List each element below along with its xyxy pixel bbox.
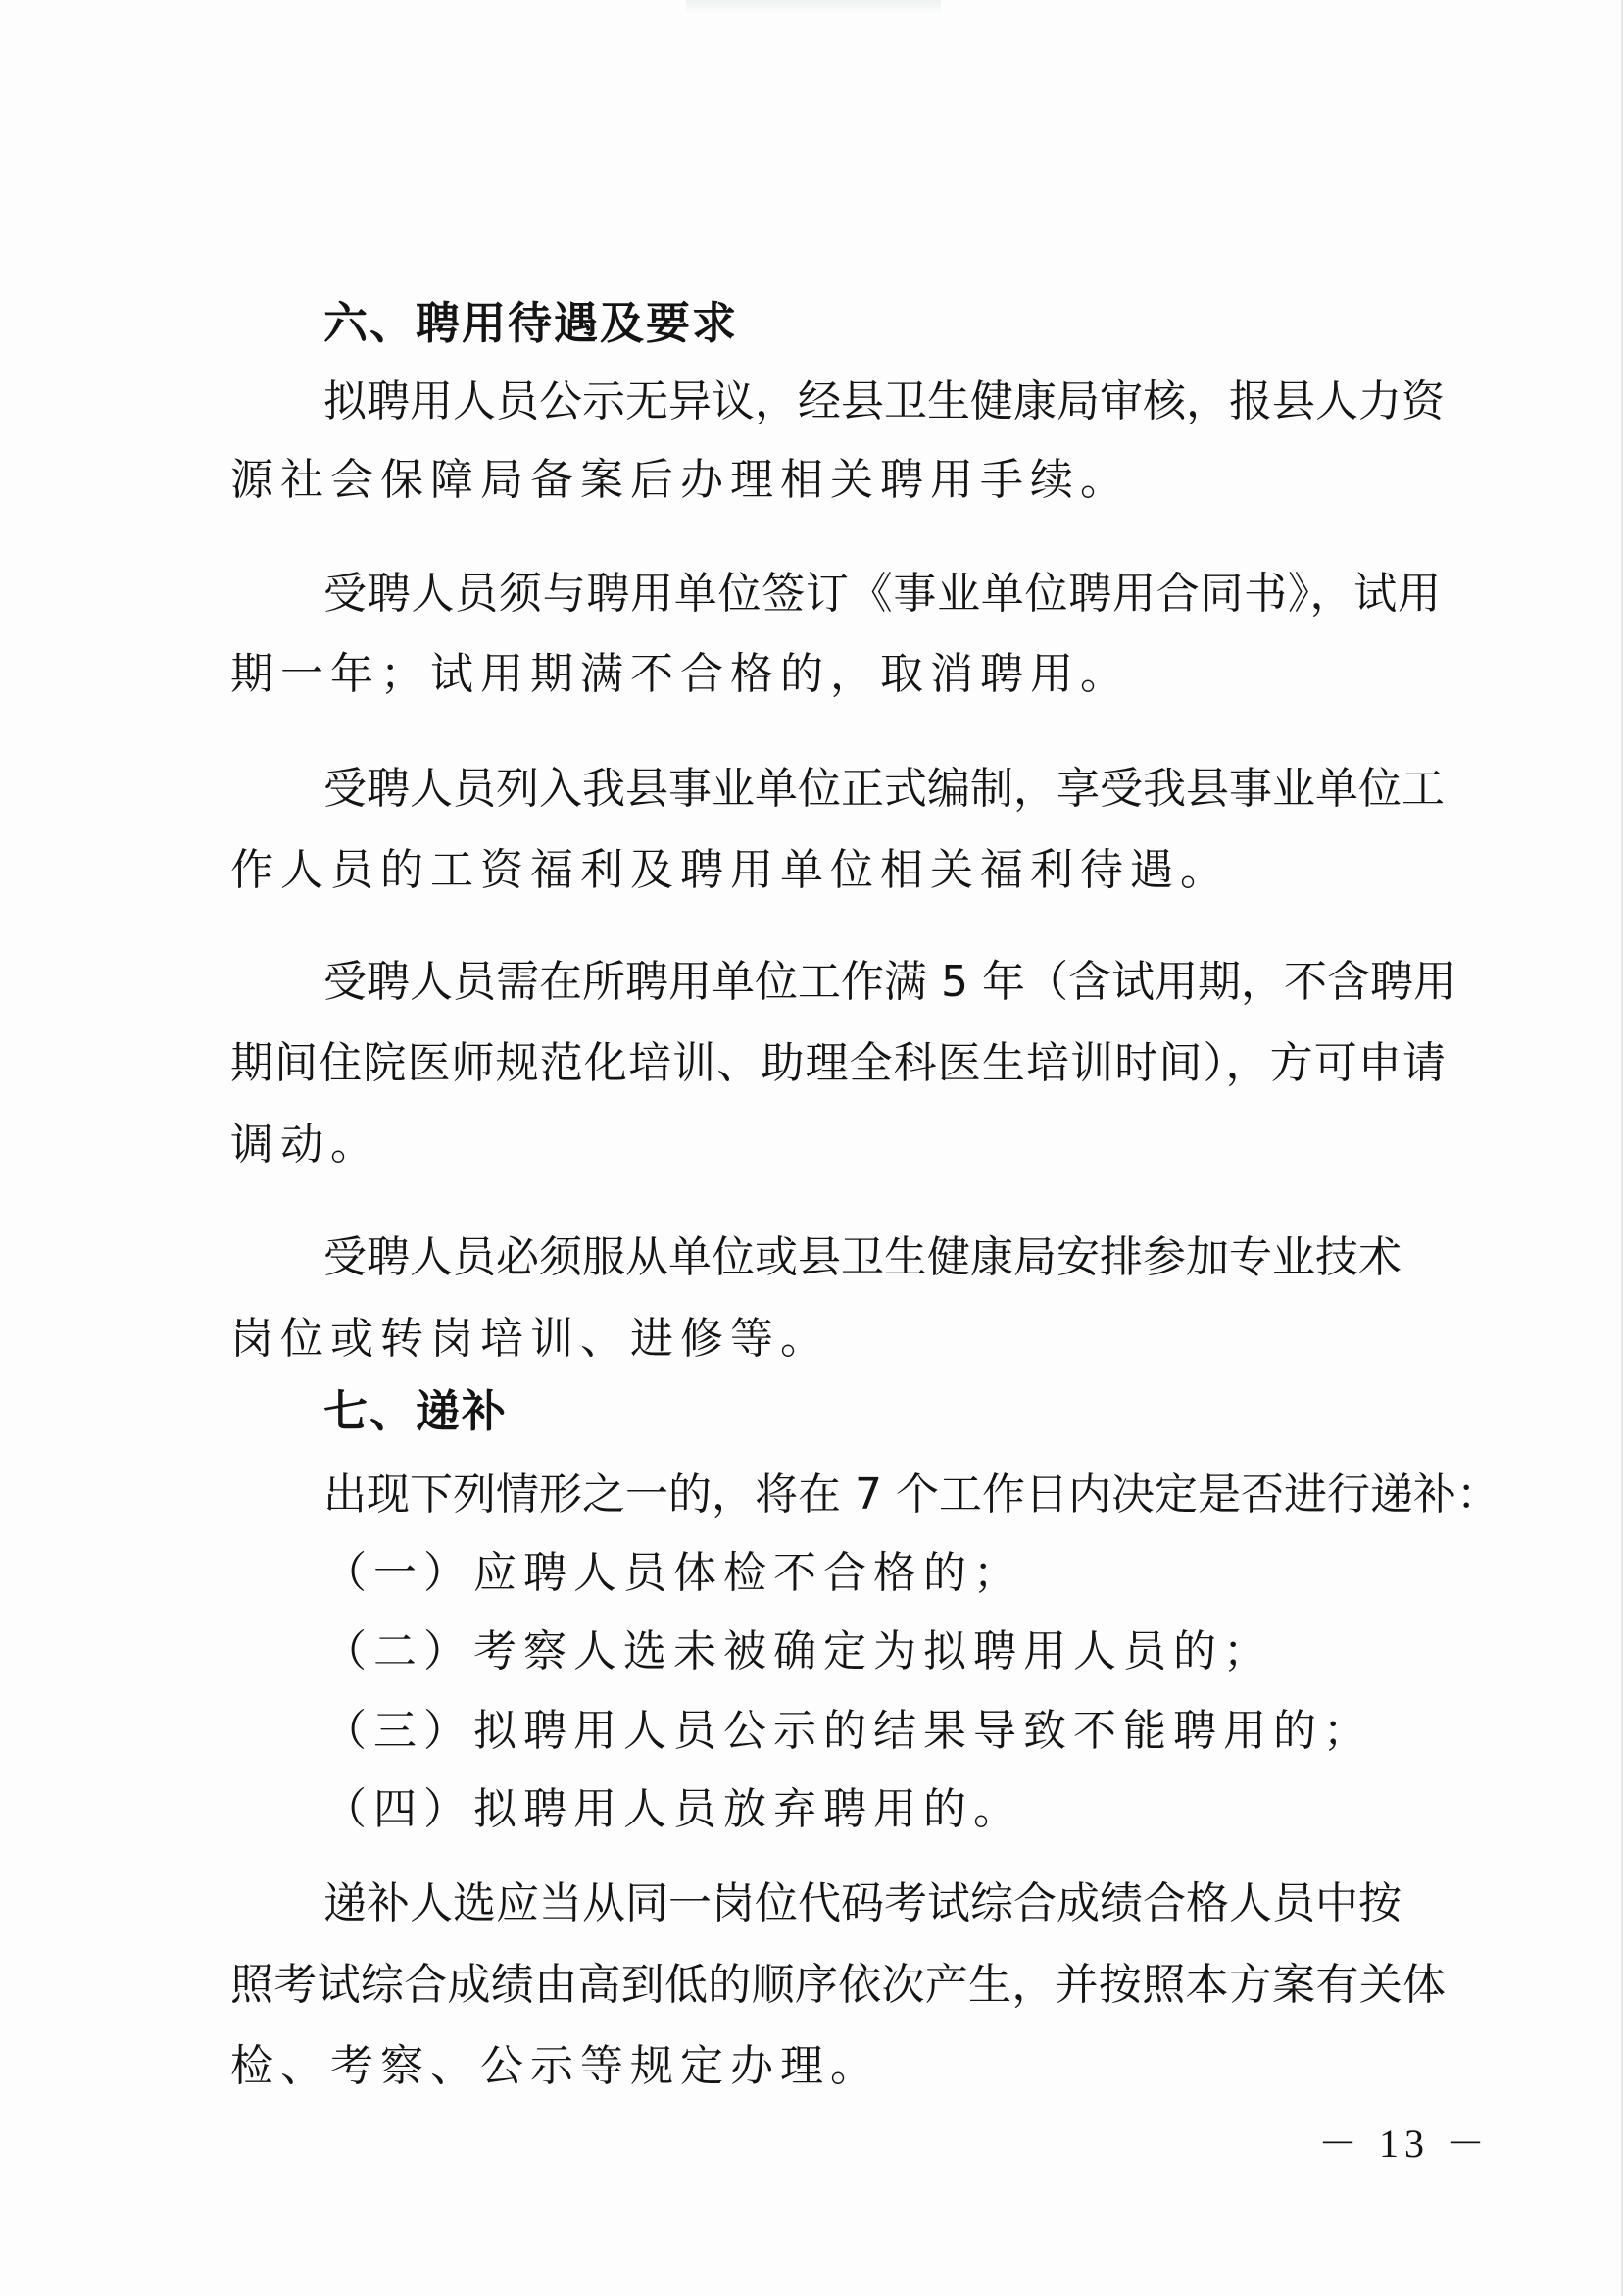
paragraph-line: 递补人选应当从同一岗位代码考试综合成绩合格人员中按: [323, 1874, 1402, 1933]
paragraph-line: 作人员的工资福利及聘用单位相关福利待遇。: [230, 841, 1446, 900]
paragraph-line: 拟聘用人员公示无异议，经县卫生健康局审核，报县人力资: [323, 373, 1441, 431]
page-number: － 13 －: [1318, 2113, 1491, 2169]
paragraph-line: 源社会保障局备案后办理相关聘用手续。: [230, 451, 1446, 510]
paragraph-line: 受聘人员列入我县事业单位正式编制，享受我县事业单位工: [323, 760, 1441, 819]
paragraph-line: 岗位或转岗培训、进修等。: [230, 1310, 1446, 1369]
paragraph-line: 出现下列情形之一的，将在 7 个工作日内决定是否进行递补：: [323, 1466, 1460, 1524]
paragraph-line: 受聘人员需在所聘用单位工作满 5 年（含试用期，不含聘用: [323, 953, 1441, 1012]
paragraph-line: 照考试综合成绩由高到低的顺序依次产生，并按照本方案有关体: [230, 1956, 1446, 2015]
list-item: （四）拟聘用人员放弃聘用的。: [323, 1780, 1539, 1839]
paragraph-line: 期间住院医师规范化培训、助理全科医生培训时间），方可申请: [230, 1034, 1446, 1093]
scan-artifact: [686, 0, 941, 14]
paragraph-line: 调动。: [230, 1116, 1446, 1174]
paragraph-line: 期一年；试用期满不合格的，取消聘用。: [230, 645, 1446, 704]
paragraph-line: 受聘人员必须服从单位或县卫生健康局安排参加专业技术: [323, 1228, 1402, 1287]
list-item: （二）考察人选未被确定为拟聘用人员的；: [323, 1622, 1539, 1681]
paragraph-line: 受聘人员须与聘用单位签订《事业单位聘用合同书》，试用: [323, 565, 1441, 624]
section-heading-7: 七、递补: [323, 1382, 1539, 1441]
list-item: （一）应聘人员体检不合格的；: [323, 1544, 1539, 1603]
list-item: （三）拟聘用人员公示的结果导致不能聘用的；: [323, 1702, 1539, 1761]
paragraph-line: 检、考察、公示等规定办理。: [230, 2037, 1446, 2096]
section-heading-6: 六、聘用待遇及要求: [323, 294, 1539, 353]
